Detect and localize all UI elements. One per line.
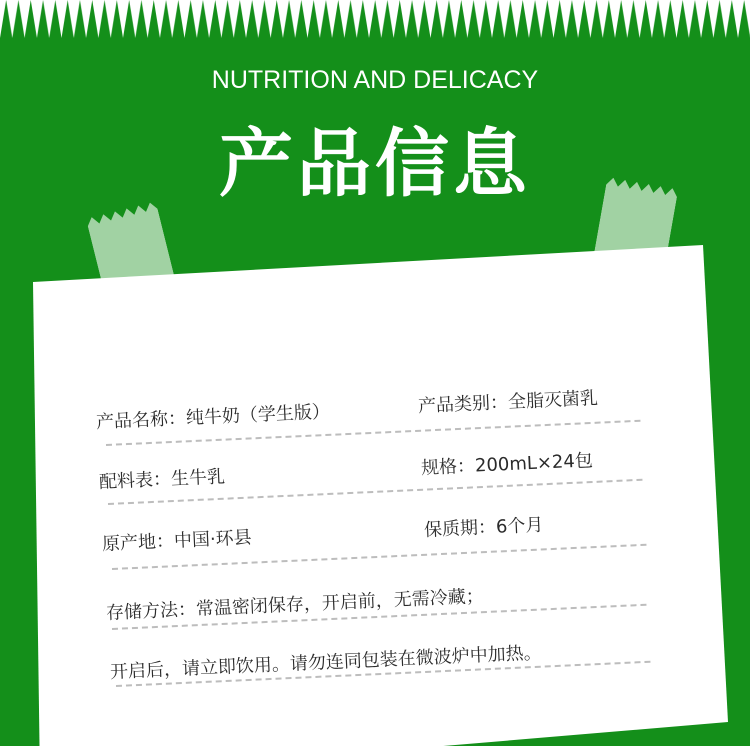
field-label: 保质期： bbox=[424, 517, 497, 541]
field-value: 纯牛奶（学生版） bbox=[185, 401, 330, 429]
field-origin: 原产地：中国·环县 bbox=[101, 523, 252, 556]
field-value: 6个月 bbox=[496, 515, 544, 538]
field-storage: 存储方法：常温密闭保存，开启前，无需冷藏； bbox=[105, 582, 484, 625]
field-product-name: 产品名称：纯牛奶（学生版） bbox=[95, 397, 330, 434]
field-label: 配料表： bbox=[99, 469, 172, 493]
field-value: 全脂灭菌乳 bbox=[507, 388, 598, 413]
field-shelf-life: 保质期：6个月 bbox=[423, 511, 544, 542]
field-label: 产品类别： bbox=[418, 392, 509, 417]
field-label: 原产地： bbox=[102, 531, 175, 555]
field-product-category: 产品类别：全脂灭菌乳 bbox=[417, 384, 598, 418]
field-value: 200mL×24包 bbox=[475, 450, 594, 476]
product-info: 产品名称：纯牛奶（学生版） 产品类别：全脂灭菌乳 配料表：生牛乳 规格：200m… bbox=[0, 0, 750, 746]
field-ingredients: 配料表：生牛乳 bbox=[98, 462, 225, 494]
field-value: 中国·环县 bbox=[174, 527, 253, 552]
field-label: 规格： bbox=[421, 456, 476, 479]
field-value: 生牛乳 bbox=[171, 466, 226, 489]
field-specification: 规格：200mL×24包 bbox=[420, 446, 593, 480]
field-label: 存储方法： bbox=[106, 599, 197, 624]
field-label: 产品名称： bbox=[96, 408, 187, 433]
